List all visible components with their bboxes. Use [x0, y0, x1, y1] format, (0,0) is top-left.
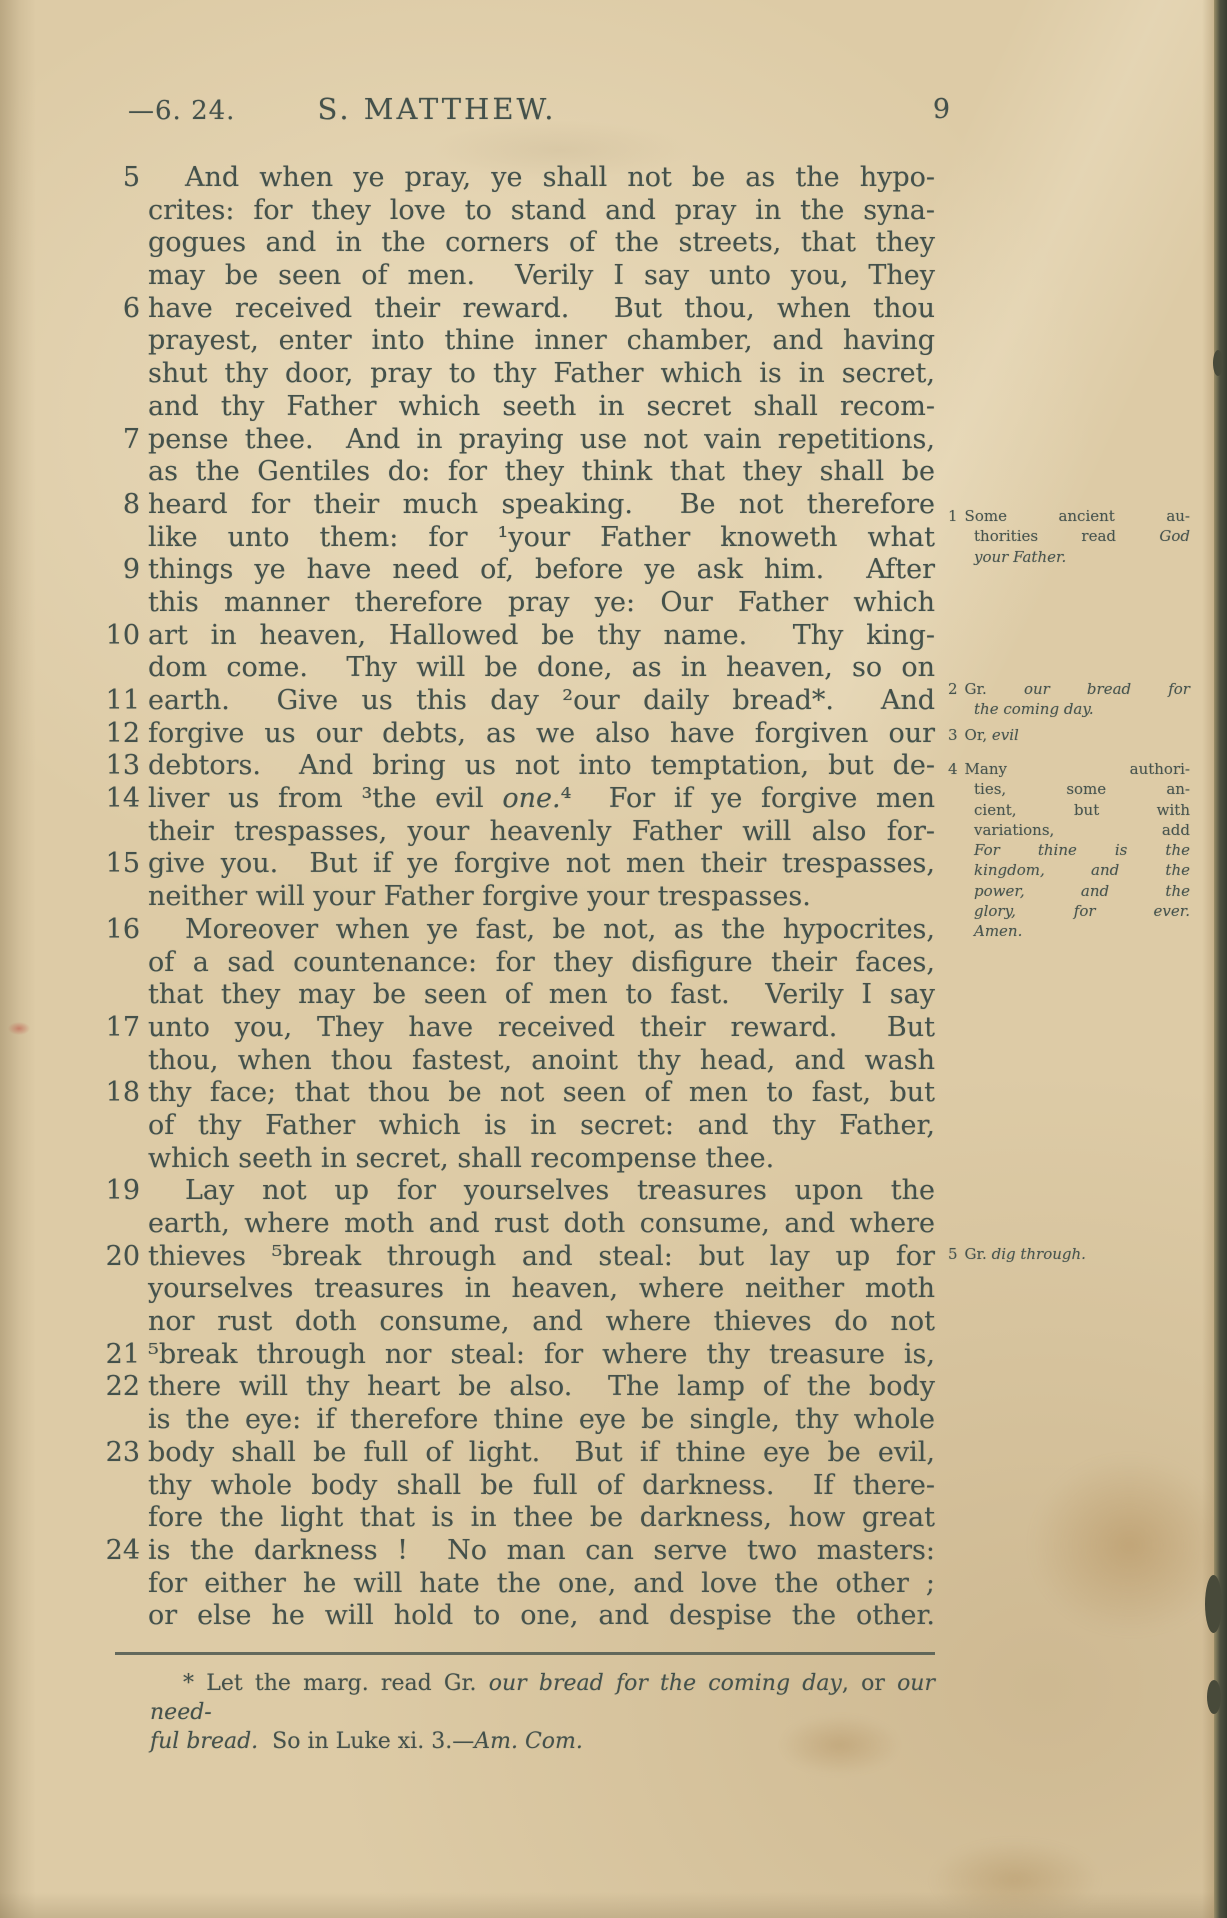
- verse-number: 9: [100, 554, 140, 587]
- verse-text: gogues and in the corners of the streets…: [148, 227, 935, 260]
- verse-text: as the Gentiles do: for they think that …: [148, 456, 935, 489]
- verse-number: 19: [100, 1175, 140, 1208]
- verse-text: this manner therefore pray ye: Our Fathe…: [148, 587, 935, 620]
- verse-number: 13: [100, 750, 140, 783]
- verse-text: art in heaven, Hallowed be thy name. Thy…: [148, 620, 935, 653]
- verse-number: [100, 1110, 140, 1143]
- margin-note-line: 5Gr. dig through.: [948, 1244, 1190, 1264]
- page-number: 9: [905, 94, 950, 125]
- verse-text: is the darkness ! No man can serve two m…: [148, 1535, 935, 1568]
- margin-note-line: ties, some an-: [948, 779, 1190, 799]
- verse-text: Lay not up for yourselves treasures upon…: [148, 1175, 935, 1208]
- verse-number: [100, 1470, 140, 1503]
- verse-number: 22: [100, 1371, 140, 1404]
- verse-text: forgive us our debts, as we also have fo…: [148, 718, 935, 751]
- margin-note: 4Many authori-ties, some an-cient, but w…: [948, 759, 1190, 942]
- verse-line: 12forgive us our debts, as we also have …: [100, 718, 935, 751]
- verse-number: [100, 947, 140, 980]
- verse-text: unto you, They have received their rewar…: [148, 1012, 935, 1045]
- verse-number: [100, 979, 140, 1012]
- margin-note-line: power, and the: [948, 881, 1190, 901]
- verse-line: 24is the darkness ! No man can serve two…: [100, 1535, 935, 1568]
- margin-note-line: the coming day.: [948, 699, 1190, 719]
- verse-number: [100, 358, 140, 391]
- verse-number: [100, 881, 140, 914]
- verse-text: body shall be full of light. But if thin…: [148, 1437, 935, 1470]
- margin-note: 2Gr. our bread forthe coming day.: [948, 679, 1190, 720]
- verse-text: earth. Give us this day ²our daily bread…: [148, 685, 935, 718]
- verse-line: 10art in heaven, Hallowed be thy name. T…: [100, 620, 935, 653]
- verse-number: [100, 227, 140, 260]
- margin-note-line: variations, add: [948, 820, 1190, 840]
- verse-line: prayest, enter into thine inner chamber,…: [100, 325, 935, 358]
- verse-number: 8: [100, 489, 140, 522]
- verse-text: may be seen of men. Verily I say unto yo…: [148, 260, 935, 293]
- verse-text: thy whole body shall be full of darkness…: [148, 1470, 935, 1503]
- verse-number: [100, 260, 140, 293]
- verse-number: 18: [100, 1077, 140, 1110]
- scanned-book-page: —6. 24. S. MATTHEW. 9 5And when ye pray,…: [0, 0, 1227, 1918]
- margin-note-line: your Father.: [948, 547, 1190, 567]
- verse-text: pense thee. And in praying use not vain …: [148, 424, 935, 457]
- verse-text: is the eye: if therefore thine eye be si…: [148, 1404, 935, 1437]
- page-edge-notch: [1207, 1680, 1221, 1714]
- verse-number: 11: [100, 685, 140, 718]
- verse-line: 17unto you, They have received their rew…: [100, 1012, 935, 1045]
- footnote-line: * Let the marg. read Gr. our bread for t…: [150, 1669, 935, 1727]
- verse-number: [100, 1404, 140, 1437]
- verse-line: thy whole body shall be full of darkness…: [100, 1470, 935, 1503]
- verse-text: dom come. Thy will be done, as in heaven…: [148, 652, 935, 685]
- verse-number: [100, 1045, 140, 1078]
- verse-text: debtors. And bring us not into temptatio…: [148, 750, 935, 783]
- verse-text: ⁵break through nor steal: for where thy …: [148, 1339, 935, 1372]
- running-head-chapter-range: —6. 24.: [128, 96, 235, 126]
- verse-line: gogues and in the corners of the streets…: [100, 227, 935, 260]
- verse-line: or else he will hold to one, and despise…: [100, 1600, 935, 1633]
- margin-note-number: 5: [948, 1245, 958, 1263]
- verse-text: there will thy heart be also. The lamp o…: [148, 1371, 935, 1404]
- verse-text: heard for their much speaking. Be not th…: [148, 489, 935, 522]
- page-edge-left: [0, 0, 36, 1918]
- verse-number: 5: [100, 162, 140, 195]
- paper-stain: [1030, 1455, 1227, 1635]
- verse-text: shut thy door, pray to thy Father which …: [148, 358, 935, 391]
- verse-line: 16Moreover when ye fast, be not, as the …: [100, 914, 935, 947]
- verse-text: Moreover when ye fast, be not, as the hy…: [148, 914, 935, 947]
- margin-note-line: glory, for ever.: [948, 901, 1190, 921]
- running-head-book-title: S. MATTHEW.: [287, 92, 587, 126]
- verse-line: may be seen of men. Verily I say unto yo…: [100, 260, 935, 293]
- verse-text: thou, when thou fastest, anoint thy head…: [148, 1045, 935, 1078]
- verse-number: [100, 1208, 140, 1241]
- verse-number: 6: [100, 293, 140, 326]
- verse-line: 7pense thee. And in praying use not vain…: [100, 424, 935, 457]
- verse-line: dom come. Thy will be done, as in heaven…: [100, 652, 935, 685]
- verse-text: prayest, enter into thine inner chamber,…: [148, 325, 935, 358]
- verse-number: [100, 456, 140, 489]
- verse-line: which seeth in secret, shall recompense …: [100, 1143, 935, 1176]
- margin-note-line: Amen.: [948, 921, 1190, 941]
- verse-text: thieves ⁵break through and steal: but la…: [148, 1241, 935, 1274]
- page-edge-notch: [1213, 350, 1223, 376]
- verse-number: [100, 391, 140, 424]
- verse-number: 23: [100, 1437, 140, 1470]
- verse-number: 21: [100, 1339, 140, 1372]
- verse-line: 8heard for their much speaking. Be not t…: [100, 489, 935, 522]
- margin-note-line: 1Some ancient au-: [948, 506, 1190, 526]
- margin-note-number: 4: [948, 760, 958, 778]
- verse-line: crites: for they love to stand and pray …: [100, 195, 935, 228]
- verse-line: and thy Father which seeth in secret sha…: [100, 391, 935, 424]
- verse-number: 20: [100, 1241, 140, 1274]
- verse-number: [100, 816, 140, 849]
- verse-line: like unto them: for ¹your Father knoweth…: [100, 522, 935, 555]
- verse-line: yourselves treasures in heaven, where ne…: [100, 1273, 935, 1306]
- verse-line: 6have received their reward. But thou, w…: [100, 293, 935, 326]
- margin-note-number: 2: [948, 680, 958, 698]
- verse-line: thou, when thou fastest, anoint thy head…: [100, 1045, 935, 1078]
- verse-number: [100, 1273, 140, 1306]
- verse-text: yourselves treasures in heaven, where ne…: [148, 1273, 935, 1306]
- verse-text: nor rust doth consume, and where thieves…: [148, 1306, 935, 1339]
- verse-line: nor rust doth consume, and where thieves…: [100, 1306, 935, 1339]
- margin-note: 1Some ancient au-thorities read Godyour …: [948, 506, 1190, 567]
- margin-note-line: 2Gr. our bread for: [948, 679, 1190, 699]
- verse-line: this manner therefore pray ye: Our Fathe…: [100, 587, 935, 620]
- scripture-text-column: 5And when ye pray, ye shall not be as th…: [100, 162, 935, 1633]
- margin-note-line: 3Or, evil: [948, 725, 1190, 745]
- footnote-divider: [115, 1652, 935, 1655]
- verse-line: for either he will hate the one, and lov…: [100, 1568, 935, 1601]
- verse-number: [100, 522, 140, 555]
- margin-note-line: kingdom, and the: [948, 860, 1190, 880]
- verse-line: 14liver us from ³the evil one.⁴ For if y…: [100, 783, 935, 816]
- verse-number: [100, 1306, 140, 1339]
- verse-line: fore the light that is in thee be darkne…: [100, 1502, 935, 1535]
- verse-text: thy face; that thou be not seen of men t…: [148, 1077, 935, 1110]
- verse-number: [100, 1600, 140, 1633]
- verse-line: their trespasses, your heavenly Father w…: [100, 816, 935, 849]
- verse-text: of a sad countenance: for they disfigure…: [148, 947, 935, 980]
- verse-text: earth, where moth and rust doth consume,…: [148, 1208, 935, 1241]
- verse-number: [100, 1143, 140, 1176]
- verse-number: [100, 325, 140, 358]
- margin-note-line: cient, but with: [948, 800, 1190, 820]
- verse-number: 15: [100, 848, 140, 881]
- verse-text: have received their reward. But thou, wh…: [148, 293, 935, 326]
- verse-text: liver us from ³the evil one.⁴ For if ye …: [148, 783, 935, 816]
- verse-text: things ye have need of, before ye ask hi…: [148, 554, 935, 587]
- verse-line: as the Gentiles do: for they think that …: [100, 456, 935, 489]
- margin-note-number: 1: [948, 507, 958, 525]
- verse-line: 21⁵break through nor steal: for where th…: [100, 1339, 935, 1372]
- verse-line: 18thy face; that thou be not seen of men…: [100, 1077, 935, 1110]
- margin-note-line: thorities read God: [948, 526, 1190, 546]
- margin-note: 5Gr. dig through.: [948, 1244, 1190, 1264]
- verse-line: 19Lay not up for yourselves treasures up…: [100, 1175, 935, 1208]
- verse-number: [100, 587, 140, 620]
- verse-text: that they may be seen of men to fast. Ve…: [148, 979, 935, 1012]
- verse-line: 22there will thy heart be also. The lamp…: [100, 1371, 935, 1404]
- verse-number: 7: [100, 424, 140, 457]
- verse-text: fore the light that is in thee be darkne…: [148, 1502, 935, 1535]
- margin-note-number: 3: [948, 726, 958, 744]
- verse-line: 23body shall be full of light. But if th…: [100, 1437, 935, 1470]
- verse-line: 20thieves ⁵break through and steal: but …: [100, 1241, 935, 1274]
- verse-number: [100, 195, 140, 228]
- margin-note-line: 4Many authori-: [948, 759, 1190, 779]
- footnote-line: ful bread. So in Luke xi. 3.—Am. Com.: [150, 1727, 935, 1756]
- verse-number: [100, 1568, 140, 1601]
- verse-text: for either he will hate the one, and lov…: [148, 1568, 935, 1601]
- verse-number: [100, 1502, 140, 1535]
- page-edge-bottom: [0, 1892, 1227, 1918]
- verse-line: of a sad countenance: for they disfigure…: [100, 947, 935, 980]
- verse-line: 11earth. Give us this day ²our daily bre…: [100, 685, 935, 718]
- verse-number: 14: [100, 783, 140, 816]
- verse-line: that they may be seen of men to fast. Ve…: [100, 979, 935, 1012]
- verse-line: earth, where moth and rust doth consume,…: [100, 1208, 935, 1241]
- verse-number: [100, 652, 140, 685]
- verse-text: crites: for they love to stand and pray …: [148, 195, 935, 228]
- verse-text: which seeth in secret, shall recompense …: [148, 1143, 935, 1176]
- footnote: * Let the marg. read Gr. our bread for t…: [150, 1669, 935, 1756]
- verse-line: 9things ye have need of, before ye ask h…: [100, 554, 935, 587]
- verse-text: And when ye pray, ye shall not be as the…: [148, 162, 935, 195]
- margin-note-line: For thine is the: [948, 840, 1190, 860]
- verse-number: 12: [100, 718, 140, 751]
- verse-text: neither will your Father forgive your tr…: [148, 881, 935, 914]
- verse-line: 15give you. But if ye forgive not men th…: [100, 848, 935, 881]
- verse-text: and thy Father which seeth in secret sha…: [148, 391, 935, 424]
- verse-text: like unto them: for ¹your Father knoweth…: [148, 522, 935, 555]
- verse-text: or else he will hold to one, and despise…: [148, 1600, 935, 1633]
- verse-number: 16: [100, 914, 140, 947]
- margin-note: 3Or, evil: [948, 725, 1190, 745]
- verse-line: is the eye: if therefore thine eye be si…: [100, 1404, 935, 1437]
- page-edge-notch: [1205, 1575, 1222, 1633]
- verse-line: 13debtors. And bring us not into temptat…: [100, 750, 935, 783]
- verse-line: shut thy door, pray to thy Father which …: [100, 358, 935, 391]
- verse-line: neither will your Father forgive your tr…: [100, 881, 935, 914]
- verse-number: 10: [100, 620, 140, 653]
- verse-number: 24: [100, 1535, 140, 1568]
- verse-line: of thy Father which is in secret: and th…: [100, 1110, 935, 1143]
- verse-number: 17: [100, 1012, 140, 1045]
- verse-text: their trespasses, your heavenly Father w…: [148, 816, 935, 849]
- verse-line: 5And when ye pray, ye shall not be as th…: [100, 162, 935, 195]
- verse-text: of thy Father which is in secret: and th…: [148, 1110, 935, 1143]
- verse-text: give you. But if ye forgive not men thei…: [148, 848, 935, 881]
